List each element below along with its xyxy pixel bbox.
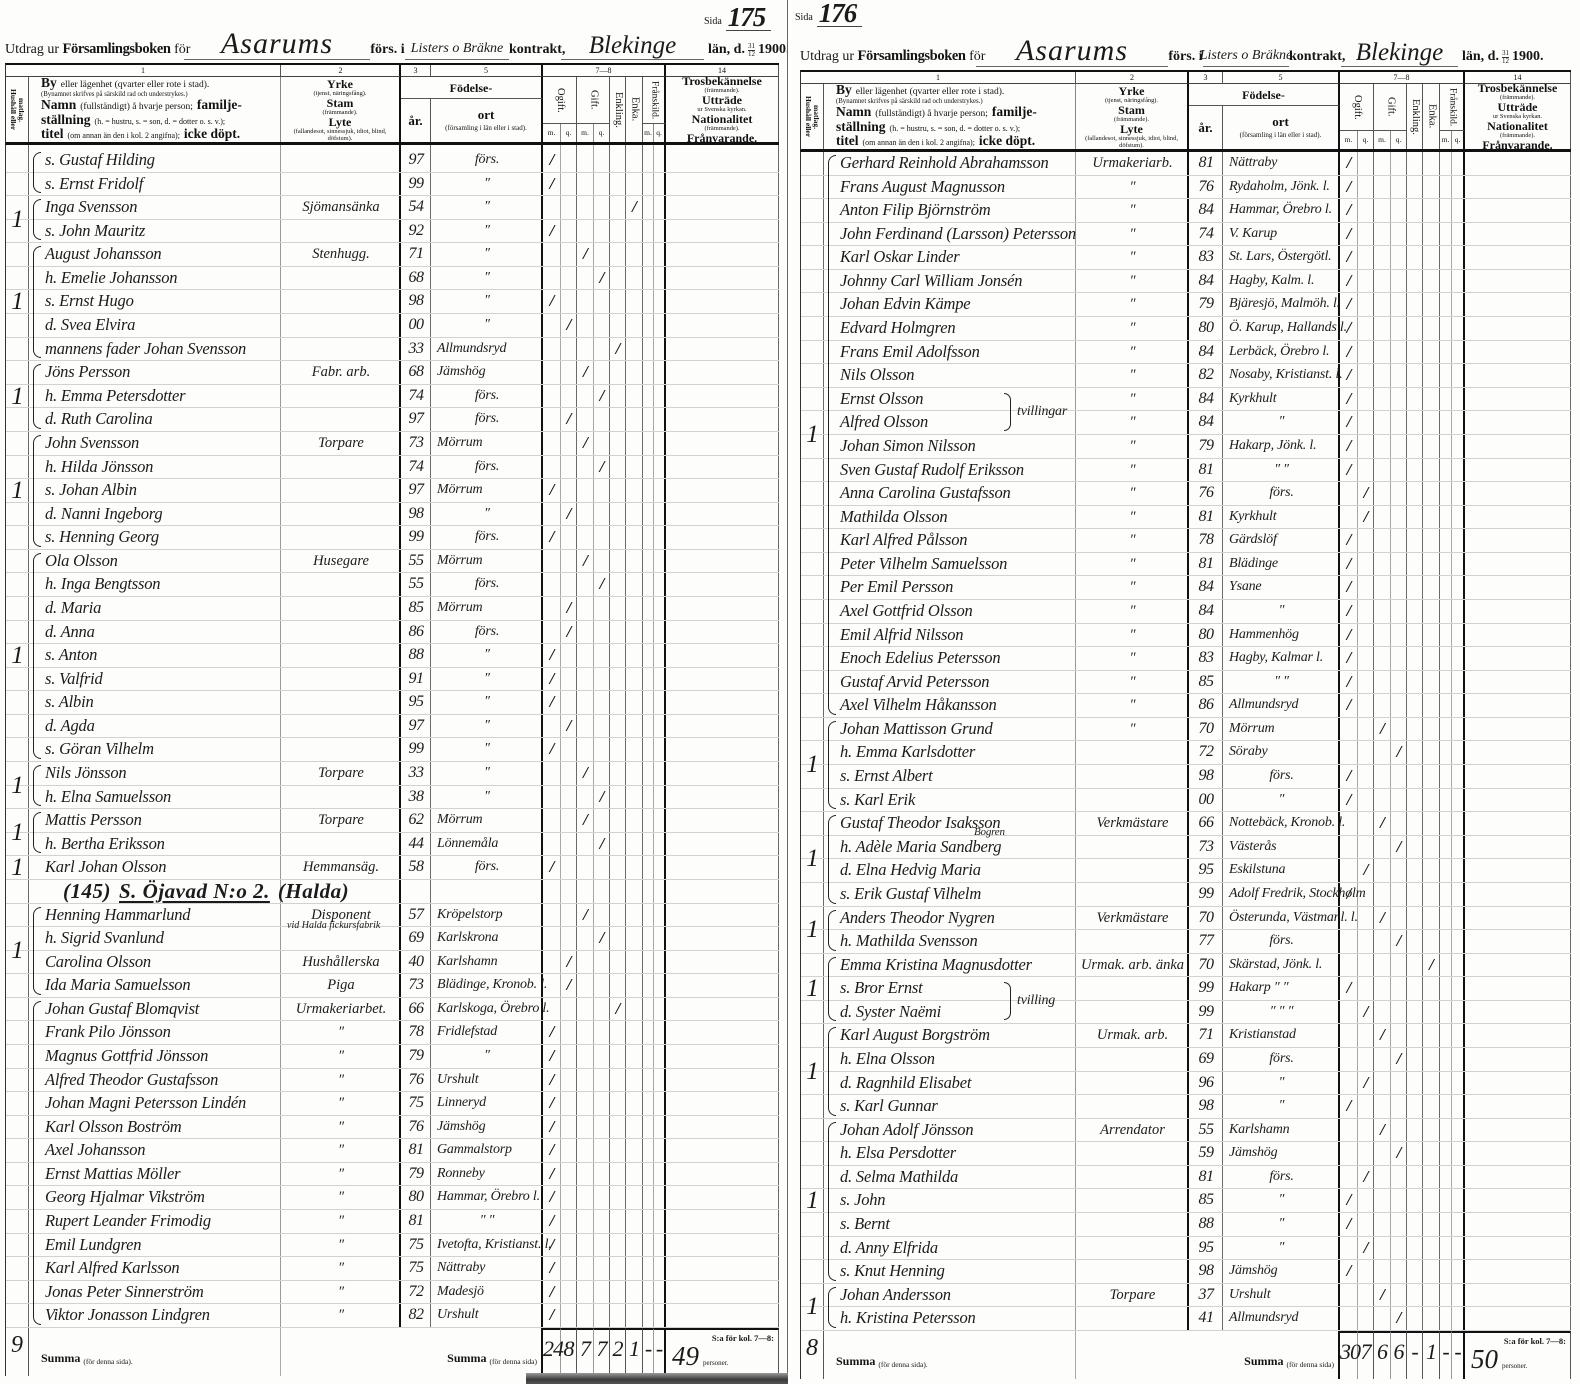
birth-year: 95 [1189,859,1223,882]
household-cell [6,267,29,290]
scan-edge [526,1373,788,1384]
occupation-cell [281,526,401,549]
person-name: Henning Hammarlund [45,905,190,924]
person-name-cell: Anders Theodor Nygren [824,907,1076,930]
person-name: s. Göran Vilhelm [45,739,154,758]
person-name: Ernst Mattias Möller [45,1164,180,1183]
occupation: ″ [1129,532,1135,548]
summa-sub: (för denna sida). [878,1360,927,1369]
mark-gift-m [1374,741,1391,764]
household-cell [801,553,824,576]
mark-enkling [610,503,626,526]
mark-gift-q [594,338,610,361]
header-stallning-rest: (h. = hustru, s. = son, d. = dotter o. s… [95,117,226,126]
birth-year: 98 [401,503,431,526]
mark-gift-q: / [1391,1142,1407,1165]
mark-ogift-m [543,927,561,950]
person-row: d. Elna Hedvig Maria95Eskilstuna/ [801,859,1571,883]
mark-franskild-q [654,974,666,997]
mark-gift-m [1374,199,1391,222]
mark-gift-m [1374,1095,1391,1118]
person-row: Nils Olsson″82Nosaby, Kristianst. l./ [801,364,1571,388]
mark-enkling [1407,1166,1423,1189]
occupation: ″ [1129,603,1135,619]
mark-franskild-q [1452,789,1465,812]
mark-gift-m [577,1139,594,1162]
table-body: s. Gustaf Hilding97förs./s. Ernst Fridol… [5,145,779,1328]
household-cell [6,1045,29,1068]
person-name-cell: Gustaf Theodor Isaksson [824,812,1076,835]
mark-ogift-q [1358,718,1374,741]
birth-year: 81 [1189,506,1223,529]
mark-ogift-m: / [1340,576,1358,599]
person-name: h. Emma Petersdotter [45,386,185,405]
birth-place: Ysane [1223,576,1340,599]
mark-enkling [610,220,626,243]
mark-ogift-m: / [543,1281,561,1304]
mark-gift-m [577,408,594,431]
person-name-cell: Anna Carolina Gustafsson [824,482,1076,505]
person-name: s. Valfrid [45,669,103,688]
mark-franskild-q [654,550,666,573]
person-row: Enoch Edelius Petersson″83Hagby, Kalmar … [801,647,1571,671]
person-row: d. Ragnhild Elisabet96″/ [801,1072,1571,1096]
mark-gift-m [577,1045,594,1068]
birth-place: Ivetofta, Kristianst. l. [431,1234,543,1257]
person-name-cell: Sven Gustaf Rudolf Eriksson [824,459,1076,482]
birth-place: ″ [431,786,543,809]
mark-franskild-m [1440,907,1452,930]
household-cell [801,624,824,647]
occupation: ″ [1129,391,1135,407]
mark-enkling [610,951,626,974]
occupation: ″ [338,1095,344,1111]
occupation-cell: Urmak. arb. änka [1076,954,1189,977]
mark-ogift-m: / [1340,883,1358,906]
occupation: ″ [1129,674,1135,690]
mark-ogift-m [543,408,561,431]
household-count: 1 [6,478,29,504]
mark-gift-q [594,1210,610,1233]
household-count: 1 [801,1059,824,1085]
birth-place: Karlskoga, Örebro l. [431,998,543,1021]
mark-franskild-m [643,361,654,384]
birth-year: 54 [401,196,431,219]
header-lyte-sub: (fallandesot, sinnessjuk, idiot, blind, … [1076,135,1187,149]
mark-gift-q [1391,482,1407,505]
occupation-cell [1076,859,1189,882]
mark-gift-q [594,149,610,172]
birth-year: 81 [401,1139,431,1162]
mark-gift-q [594,715,610,738]
occupation: ″ [1129,249,1135,265]
col-number-7-8: 7—8 [543,65,666,77]
mark-enka [626,314,643,337]
mark-franskild-m [643,314,654,337]
mark-enka [626,809,643,832]
col-number-5: 5 [431,65,543,77]
summa-label-left: Summa(för denna sida). [29,1328,281,1376]
person-name-cell: John Svensson [29,432,281,455]
mark-gift-q [1391,694,1407,717]
person-name: h. Kristina Petersson [840,1308,976,1327]
household-cell [6,1304,29,1327]
household-cell [6,1163,29,1186]
gift-header: Gift. [577,77,610,124]
occupation-cell: ″ [1076,506,1189,529]
birth-place: Gärdslöf [1223,529,1340,552]
occupation-cell: Disponentvid Halda fickursfabrik [281,904,401,927]
mark-ogift-m [1340,930,1358,953]
header-nationalitet: Nationalitet [692,113,753,125]
mark-gift-q [594,1069,610,1092]
person-name: Frank Pilo Jönsson [45,1022,171,1041]
occupation: Verkmästare [1097,910,1169,926]
household-cell [801,176,824,199]
mark-ogift-m [1340,1001,1358,1024]
mark-ogift-m [1340,1166,1358,1189]
household-count: 1 [6,855,29,881]
mark-ogift-m: / [543,526,561,549]
persons-unit: personer. [1502,1362,1527,1370]
mark-gift-q [1391,176,1407,199]
mark-ogift-q [1358,1024,1374,1047]
religion-cell [666,361,779,384]
occupation: ″ [338,1024,344,1040]
person-name-cell: Edvard Holmgren [824,317,1076,340]
occupation-cell [281,149,401,172]
person-name: Johnny Carl William Jonsén [840,271,1022,290]
person-name: Mathilda Olsson [840,507,947,526]
person-row: h. Mathilda Svensson77förs./ [801,930,1571,954]
household-brace [33,152,41,193]
occupation: ″ [338,1260,344,1276]
total-ogift-q: 7 [1358,1331,1374,1379]
page-summary-row: 8 Summa(för denna sida). Summa(för denna… [800,1331,1571,1379]
person-row: Johan Adolf JönssonArrendator55Karlshamn… [801,1119,1571,1143]
mark-gift-m [1374,1260,1391,1283]
occupation-cell: ″ [281,1257,401,1280]
name-column-header: By eller lägenhet (qvarter eller rote i … [824,84,1076,149]
mark-enka [626,385,643,408]
mark-ogift-m: / [1340,553,1358,576]
person-name: h. Emelie Johansson [45,268,177,287]
mark-ogift-m [543,974,561,997]
mark-gift-q [594,597,610,620]
birth-year: 84 [1189,341,1223,364]
occupation-cell: Hushållerska [281,951,401,974]
mark-enka [1423,1142,1440,1165]
occupation: Sjömansänka [302,199,379,215]
birth-place: ″ [431,1045,543,1068]
person-name: h. Elna Olsson [840,1049,935,1068]
mark-ogift-m: / [1340,364,1358,387]
header-lyte: Lyte [1120,123,1143,135]
person-row: d. Selma Mathilda81förs./ [801,1166,1571,1190]
mark-franskild-m [1440,741,1452,764]
mark-ogift-q [1358,1048,1374,1071]
mark-gift-q [1391,789,1407,812]
occupation: Hemmansäg. [303,859,379,875]
person-row: Emil Lundgren″75Ivetofta, Kristianst. l.… [6,1234,779,1258]
mark-gift-m [577,526,594,549]
person-row: Mathilda Olsson″81Kyrkhult/ [801,506,1571,530]
franskild-m-header: m. [643,124,654,142]
person-name: Axel Gottfrid Olsson [840,601,973,620]
person-name-cell: Emil Lundgren [29,1234,281,1257]
religion-cell [1465,930,1571,953]
mark-gift-m: / [577,550,594,573]
ogift-m-header: m. [543,124,561,142]
mark-franskild-q [1452,246,1465,269]
person-name-cell: Nils Olsson [824,364,1076,387]
mark-franskild-m [643,998,654,1021]
mark-ogift-m: / [1340,152,1358,175]
household-count: 1 [801,976,824,1002]
mark-gift-m [577,1163,594,1186]
mark-gift-q [1391,812,1407,835]
person-name-cell: Mathilda Olsson [824,506,1076,529]
occupation-cell: ″ [1076,388,1189,411]
religion-cell [666,456,779,479]
persons-total-cell: S:a för kol. 7—8: 50personer. [1465,1331,1571,1379]
mark-franskild-q [1452,388,1465,411]
birth-year: 68 [401,361,431,384]
mark-ogift-q [1358,624,1374,647]
occupation: Husegare [313,553,369,569]
mark-franskild-q [1452,529,1465,552]
total-franskild-m: - [643,1328,654,1376]
mark-gift-m [577,738,594,761]
header-ort: ort [1272,116,1289,128]
person-row: d. Ruth Carolina97förs./ [6,408,779,432]
birth-place: ″ ″ ″ [1223,1001,1340,1024]
person-row: Karl Olsson Boström″76Jämshög/ [6,1116,779,1140]
person-row: Johan Gustaf BlomqvistUrmakeriarbet.66Ka… [6,998,779,1022]
mark-enka [1423,293,1440,316]
mark-franskild-m [1440,529,1452,552]
person-row: s. Knut Henning98Jämshög/ [801,1260,1571,1284]
person-row: Mattis PerssonTorpare62Mörrum/ [6,809,779,833]
mark-enkling [610,267,626,290]
household-cell [801,341,824,364]
mark-enka [626,1304,643,1327]
mark-ogift-m [543,196,561,219]
religion-cell [666,1257,779,1280]
col-number-14: 14 [1465,72,1571,84]
household-brace [828,155,836,715]
person-name-cell: s. John [824,1189,1076,1212]
person-name-cell: Alfred Theodor Gustafsson [29,1069,281,1092]
person-name: Karl Johan Olsson [45,857,166,876]
col-number-5: 5 [1223,72,1340,84]
person-row: s. John85″/ [801,1189,1571,1213]
mark-ogift-m: / [1340,765,1358,788]
person-row: s. Henning Georg99förs./ [6,526,779,550]
person-name: Carolina Olsson [45,952,151,971]
household-count: 1 [6,938,29,964]
header-yrke: Yrke [1119,85,1145,97]
person-row: Anders Theodor NygrenVerkmästare70Österu… [801,907,1571,931]
mark-gift-m: / [577,762,594,785]
mark-ogift-q [561,691,577,714]
religion-cell [1465,1260,1571,1283]
person-name-cell: h. Emma Petersdotter [29,385,281,408]
religion-cell [666,173,779,196]
header-by-rest: eller lägenhet (qvarter eller rote i sta… [61,80,210,90]
birth-place: Jämshög [1223,1142,1340,1165]
mark-ogift-m [543,267,561,290]
mark-enkling [610,361,626,384]
mark-ogift-q [1358,388,1374,411]
occupation: ″ [1129,509,1135,525]
mark-enka [1423,1260,1440,1283]
occupation: Fabr. arb. [312,364,370,380]
occupation: ″ [1129,556,1135,572]
mark-ogift-q [1358,1284,1374,1307]
person-name: d. Svea Elvira [45,315,135,334]
occupation-cell: Husegare [281,550,401,573]
mark-enka: / [626,196,643,219]
mark-enka [626,1069,643,1092]
gift-q-header: q. [1391,131,1407,149]
mark-gift-q [594,668,610,691]
mark-franskild-q [1452,1237,1465,1260]
household-count: 1 [801,752,824,778]
person-name-cell: Frans Emil Adolfsson [824,341,1076,364]
ogift-m-header: m. [1340,131,1358,149]
table-header: 1 2 3 5 7—8 14 Hushåll eller matlag. By … [800,70,1571,152]
religion-cell [1465,600,1571,623]
occupation-cell [281,220,401,243]
col-number-14: 14 [666,65,779,77]
mark-gift-m [1374,789,1391,812]
religion-cell [666,1304,779,1327]
person-name: Karl Alfred Pålsson [840,530,967,549]
occupation-cell: ″ [281,1092,401,1115]
mark-enkling [610,173,626,196]
franskild-m-header: m. [1440,131,1452,149]
enka-label: Enka. [629,97,640,121]
mark-enkling [610,668,626,691]
person-row: s. Gustaf Hilding97förs./ [6,149,779,173]
person-name-cell: Emma Kristina Magnusdotter [824,954,1076,977]
mark-gift-m [577,644,594,667]
mark-gift-m: / [577,361,594,384]
mark-franskild-q [1452,317,1465,340]
mark-gift-q [594,526,610,549]
birth-year: 79 [1189,293,1223,316]
mark-franskild-q [1452,1189,1465,1212]
mark-enkling [1407,694,1423,717]
mark-enka [1423,647,1440,670]
mark-enka [1423,317,1440,340]
occupation-cell: Arrendator [1076,1119,1189,1142]
religion-cell [666,1116,779,1139]
religion-cell [666,621,779,644]
religion-cell [1465,293,1571,316]
birth-year: 81 [1189,1166,1223,1189]
mark-ogift-q [561,1139,577,1162]
mark-franskild-m [1440,199,1452,222]
person-row: Axel Gottfrid Olsson″84″/ [801,600,1571,624]
mark-gift-m [1374,1048,1391,1071]
mark-gift-q [1391,977,1407,1000]
mark-gift-q [594,314,610,337]
mark-gift-m [577,267,594,290]
mark-franskild-m [1440,718,1452,741]
person-name: Karl Oskar Linder [840,247,959,266]
page-number: Sida 175 [704,4,771,31]
religion-cell [666,267,779,290]
birth-year: 33 [401,338,431,361]
total-enkling: 2 [610,1328,626,1376]
religion-cell [1465,671,1571,694]
title-utdrag: Utdrag ur [800,49,854,64]
header-yrke: Yrke [327,78,353,90]
mark-enkling: / [610,338,626,361]
mark-enka [626,503,643,526]
mark-enka [626,526,643,549]
summa-word: Summa [836,1354,875,1369]
person-row: Viktor Jonasson Lindgren″82Urshult/ [6,1304,779,1328]
mark-franskild-q [1452,152,1465,175]
religion-cell [1465,1307,1571,1330]
mark-ogift-m [1340,836,1358,859]
religion-cell [666,243,779,266]
person-name-cell: Johnny Carl William Jonsén [824,270,1076,293]
person-row: Emma Kristina MagnusdotterUrmak. arb. än… [801,954,1571,978]
mark-gift-q [1391,341,1407,364]
religion-cell [1465,364,1571,387]
occupation: ″ [1129,414,1135,430]
religion-cell [666,927,779,950]
person-row: Axel Johansson″81Gammalstorp/ [6,1139,779,1163]
mark-franskild-m [643,456,654,479]
mark-gift-m [1374,364,1391,387]
household-cell [801,388,824,411]
mark-enkling [1407,930,1423,953]
mark-franskild-q [1452,364,1465,387]
mark-enkling [1407,223,1423,246]
mark-ogift-m [543,361,561,384]
total-ogift-q: 8 [561,1328,577,1376]
person-name: John Svensson [45,433,139,452]
mark-enkling [610,1257,626,1280]
mark-franskild-q [1452,647,1465,670]
occupation: ″ [1129,438,1135,454]
household-cell [801,1260,824,1283]
birth-year: 80 [401,1186,431,1209]
household-cell [6,974,29,997]
person-row: s. Ernst Hugo98″/ [6,290,779,314]
person-name: Alfred Theodor Gustafsson [45,1070,218,1089]
person-name: Anton Filip Björnström [840,200,991,219]
birth-year: 92 [401,220,431,243]
mark-enkling [1407,529,1423,552]
mark-ogift-m [1340,859,1358,882]
occupation-cell [1076,1001,1189,1024]
mark-gift-q [1391,1001,1407,1024]
person-row: s. Johan Albin97Mörrum/ [6,479,779,503]
occupation-cell: ″ [1076,364,1189,387]
mark-enkling [610,1116,626,1139]
mark-gift-m: / [1374,1119,1391,1142]
household-cell [801,459,824,482]
kontrakt-field: Listers o Bräkne [1203,40,1289,67]
birth-year-header: år. [1189,106,1223,149]
birth-place: ″ [431,220,543,243]
